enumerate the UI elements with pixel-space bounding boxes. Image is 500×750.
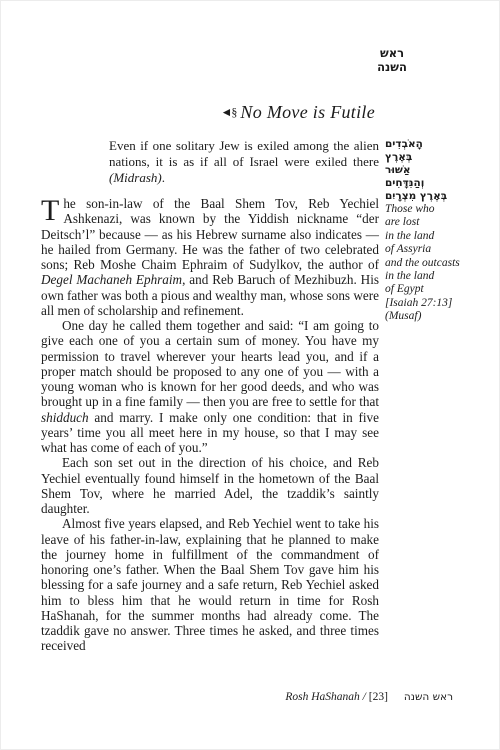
chapter-title: No Move is Futile <box>240 102 375 122</box>
page-footer: Rosh HaShanah / ראש השנה[23] <box>41 691 453 703</box>
margin-note: הָאֹבְדִים בְּאֶרֶץ אַשּׁוּר וְהַנִּדָּח… <box>385 138 485 324</box>
body-paragraph: The son-in-law of the Baal Shem Tov, Reb… <box>41 196 379 318</box>
body-paragraph: Each son set out in the direction of his… <box>41 455 379 516</box>
paragraph-text: he son-in-law of the Baal Shem Tov, Reb … <box>41 196 379 318</box>
margin-hebrew-verse: הָאֹבְדִים בְּאֶרֶץ אַשּׁוּר וְהַנִּדָּח… <box>385 138 485 203</box>
section-ornament-icon: ◄§ <box>221 105 237 119</box>
epigraph: Even if one solitary Jew is exiled among… <box>109 138 379 187</box>
running-head-hebrew: ראש השנה <box>371 47 413 74</box>
drop-cap: T <box>41 196 63 223</box>
story-text: The son-in-law of the Baal Shem Tov, Reb… <box>41 196 379 654</box>
footer-book-title-hebrew: ראש השנה <box>404 691 453 703</box>
footer-book-title-latin: Rosh HaShanah / <box>285 691 368 703</box>
body-paragraph: Almost five years elapsed, and Reb Yechi… <box>41 516 379 653</box>
margin-translation: Those who are lost in the land of Assyri… <box>385 203 485 297</box>
margin-citation: [Isaiah 27:13] (Musaf) <box>385 297 485 324</box>
book-page: ראש השנה ◄§No Move is Futile Even if one… <box>0 0 500 750</box>
chapter-title-row: ◄§No Move is Futile <box>41 102 375 123</box>
footer-page-number: [23] <box>369 691 388 703</box>
body-paragraph: One day he called them together and said… <box>41 318 379 455</box>
